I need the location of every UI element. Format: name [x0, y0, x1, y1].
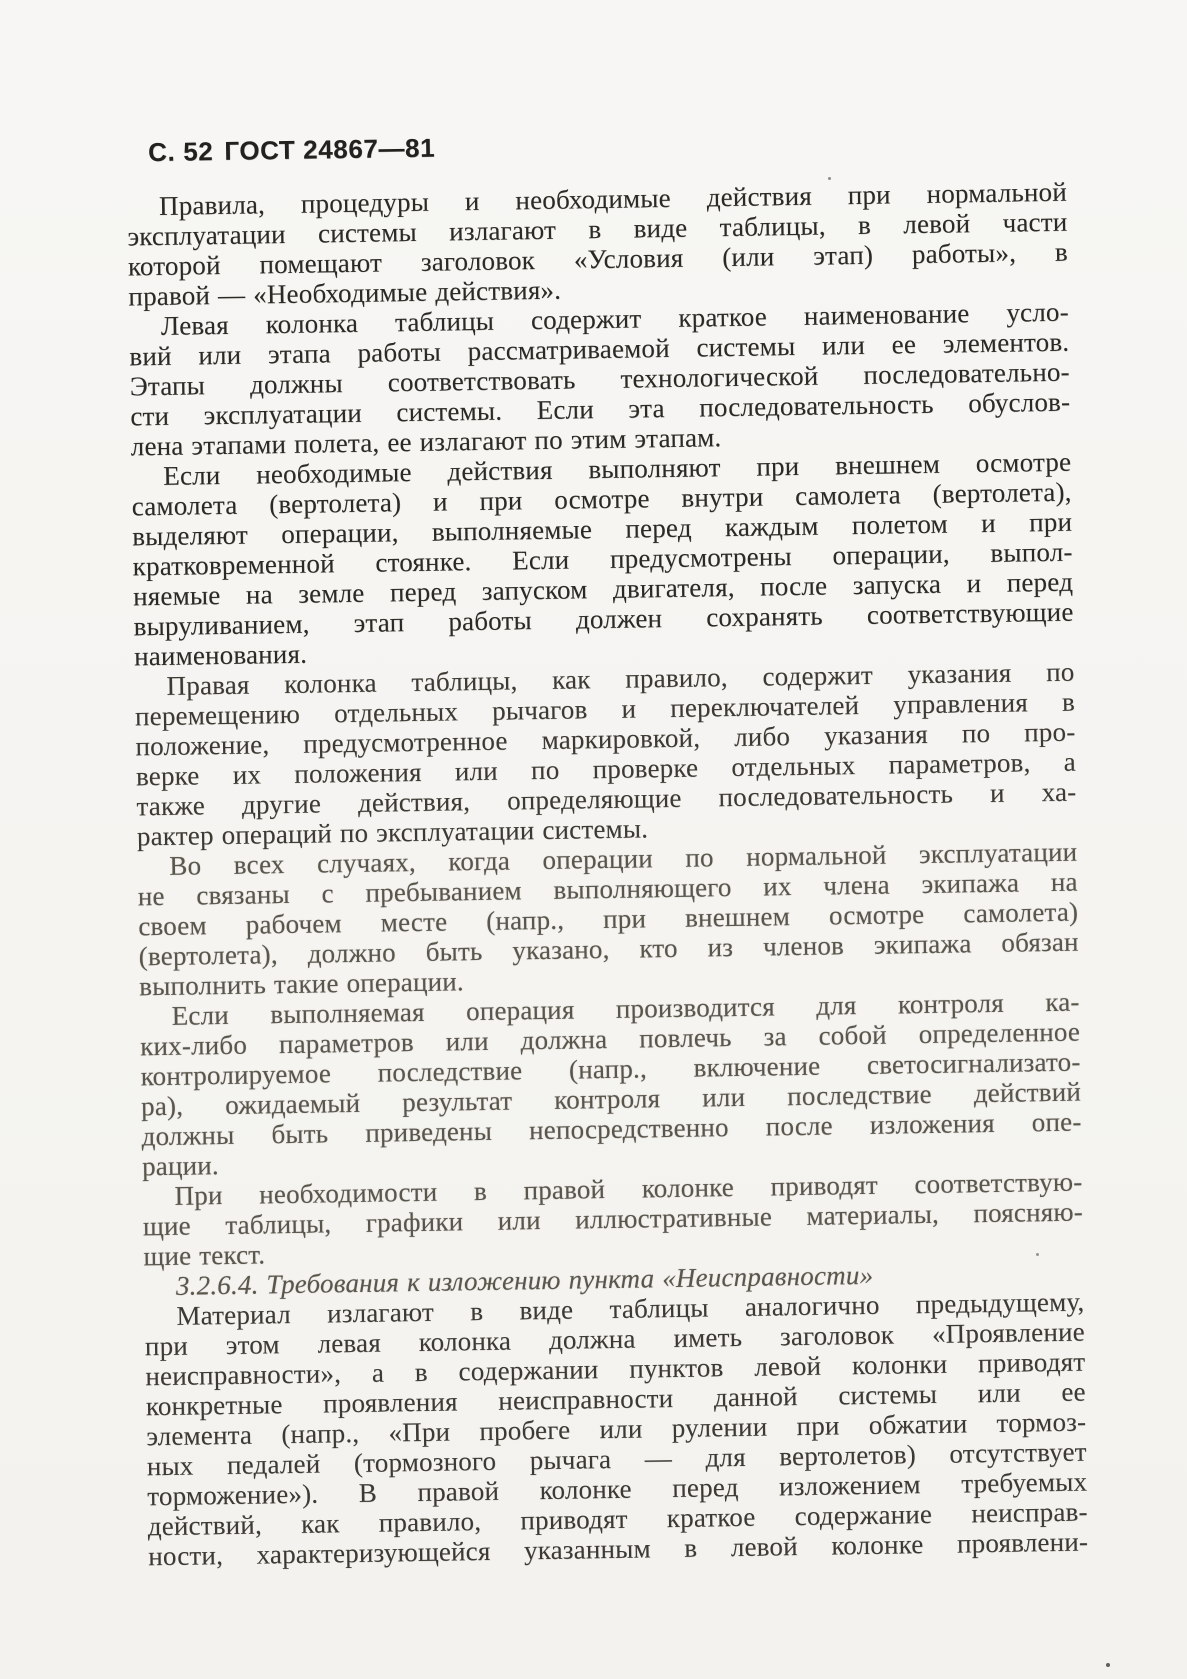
page-header: С. 52ГОСТ 24867—81 [148, 123, 1066, 167]
scan-speck [1036, 1253, 1039, 1256]
page-content: С. 52ГОСТ 24867—81 Правила, процедуры и … [126, 123, 1088, 1572]
paragraph: Левая колонка таблицы содержит краткое н… [129, 297, 1071, 462]
standard-number: ГОСТ 24867—81 [224, 133, 435, 166]
paragraph: При необходимости в правой колонке приво… [142, 1167, 1083, 1272]
page-number: С. 52 [148, 136, 214, 167]
paragraph: Материал излагают в виде таблицы аналоги… [144, 1287, 1088, 1572]
scanned-page: С. 52ГОСТ 24867—81 Правила, процедуры и … [0, 0, 1187, 1679]
paragraph: Во всех случаях, когда операции по норма… [137, 837, 1079, 1002]
paragraph: Если выполняемая операция производится д… [139, 987, 1082, 1182]
paragraph: Если необходимые действия выполняют при … [131, 447, 1074, 672]
document-body: Правила, процедуры и необходимые действи… [127, 177, 1089, 1572]
scan-speck [828, 177, 831, 180]
paragraph: Правая колонка таблицы, как правило, сод… [134, 657, 1077, 852]
scan-speck [1106, 1663, 1110, 1667]
paragraph: Правила, процедуры и необходимые действи… [127, 177, 1069, 312]
